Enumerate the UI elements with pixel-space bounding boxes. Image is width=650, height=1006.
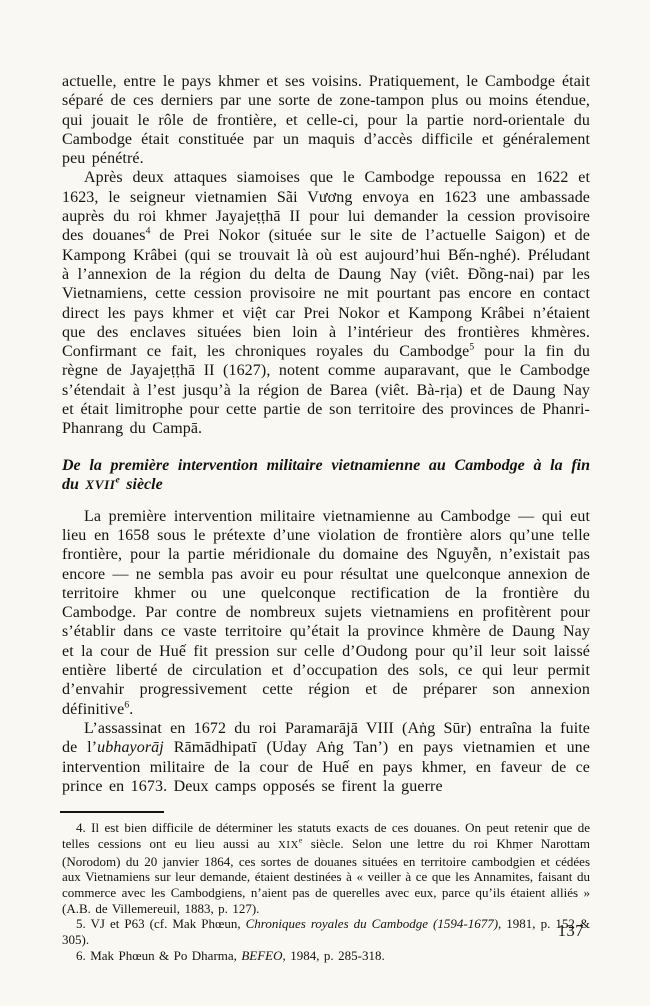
paragraph-continuation: actuelle, entre le pays khmer et ses voi… — [62, 72, 590, 168]
footnote-5: 5. VJ et P63 (cf. Mak Phœun, Chroniques … — [62, 916, 590, 947]
paragraph-assassination: L’assassinat en 1672 du roi Paramarājā V… — [62, 719, 590, 796]
page-body: actuelle, entre le pays khmer et ses voi… — [62, 72, 590, 963]
footnote-6: 6. Mak Phœun & Po Dharma, BEFEO, 1984, p… — [62, 948, 590, 964]
page-number: 137 — [558, 921, 584, 941]
section-heading: De la première intervention militaire vi… — [62, 456, 590, 495]
document-page: actuelle, entre le pays khmer et ses voi… — [0, 0, 650, 1006]
footnote-4: 4. Il est bien difficile de déterminer l… — [62, 820, 590, 916]
footnote-separator — [60, 811, 164, 813]
paragraph-first-intervention: La première intervention militaire vietn… — [62, 507, 590, 719]
paragraph-siamese-attacks: Après deux attaques siamoises que le Cam… — [62, 168, 590, 438]
footnotes: 4. Il est bien difficile de déterminer l… — [62, 820, 590, 963]
